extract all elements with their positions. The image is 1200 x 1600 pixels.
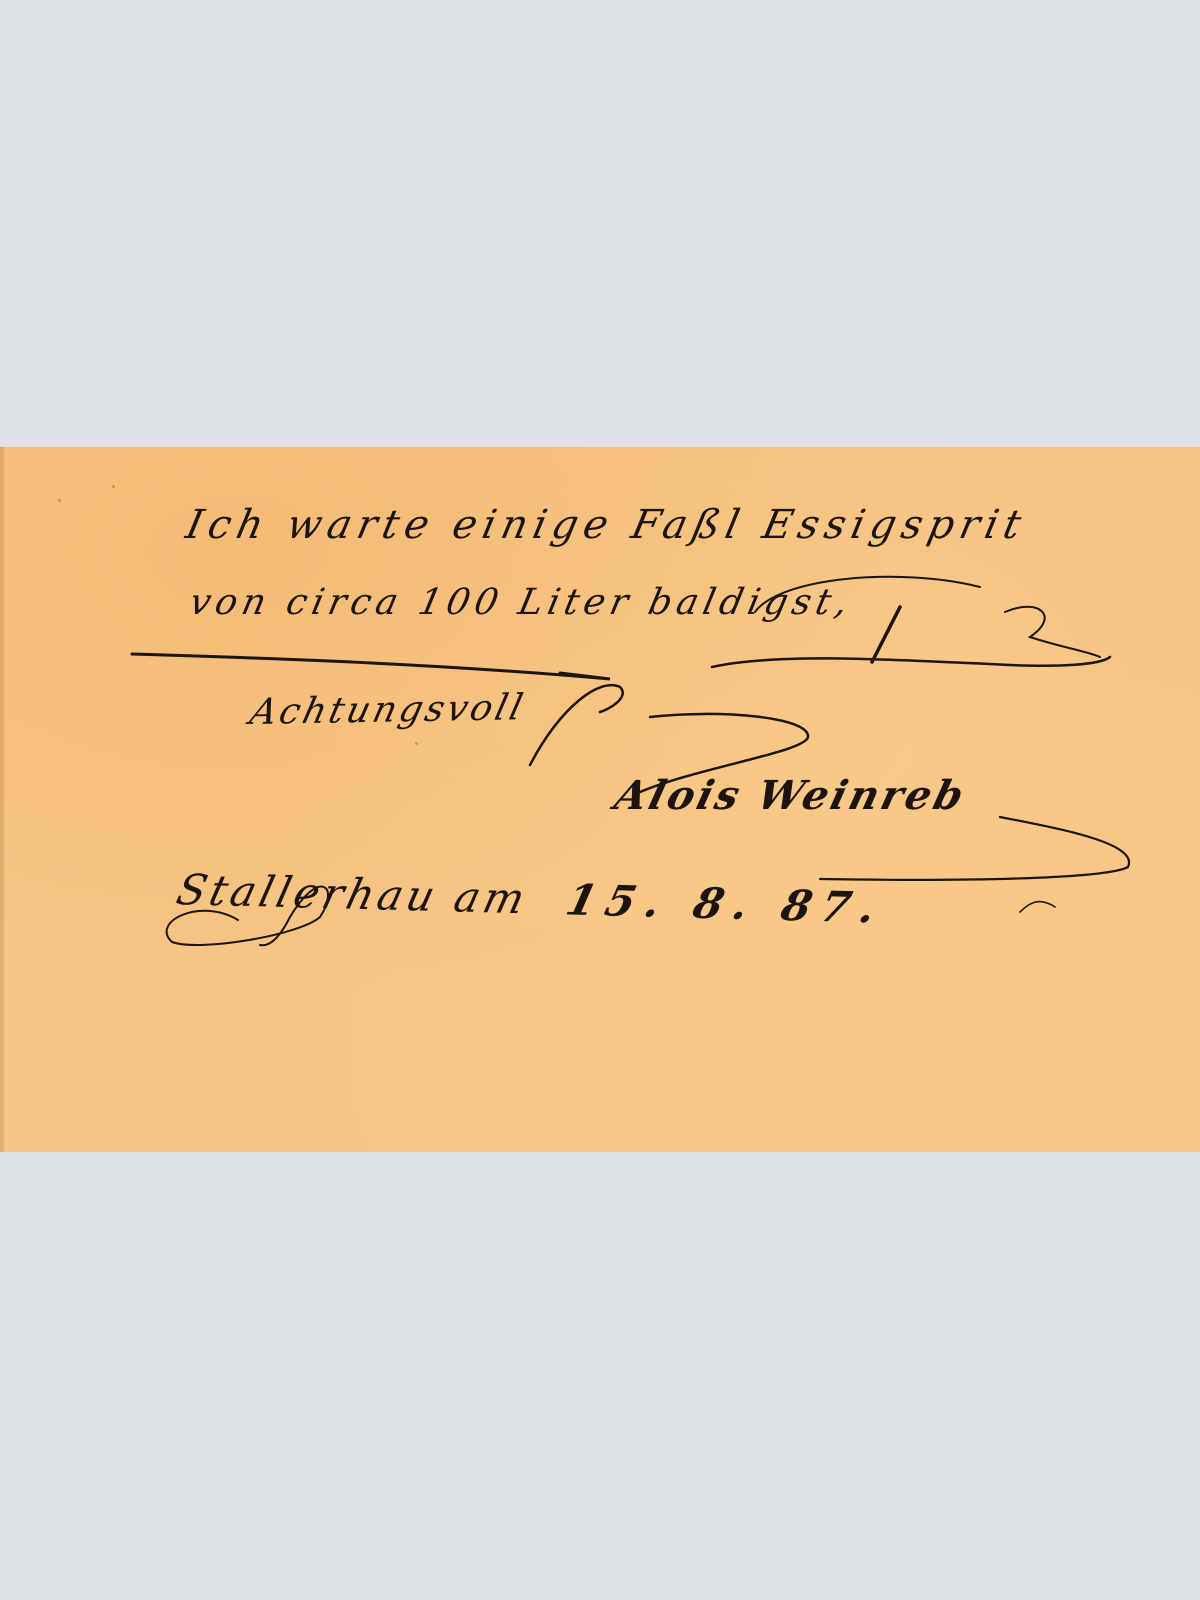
flourish-signature-underline — [820, 817, 1129, 880]
flourish-descender — [872, 607, 900, 662]
flourish-underline-left — [132, 654, 610, 679]
place-and-date: Stallerhau am15. 8. 87. — [172, 865, 891, 933]
closing-salutation: Achtungsvoll — [246, 687, 529, 733]
flourish-underline-right — [712, 657, 1110, 667]
signature: Alois Weinreb — [610, 772, 971, 819]
paper-speck — [58, 499, 61, 502]
postcard: Ich warte einige Faßl Essigsprit von cir… — [0, 447, 1200, 1152]
place-name: Stallerhau am — [172, 865, 533, 923]
paper-speck — [112, 485, 115, 488]
flourish-closing-loop — [530, 685, 623, 765]
message-line-2: von circa 100 Liter baldigst, — [186, 582, 856, 623]
ink-speck — [415, 742, 418, 745]
flourish-date-mark — [1020, 902, 1055, 912]
date: 15. 8. 87. — [562, 875, 891, 932]
message-line-1: Ich warte einige Faßl Essigsprit — [182, 502, 1031, 548]
pen-flourishes — [0, 447, 1200, 1152]
